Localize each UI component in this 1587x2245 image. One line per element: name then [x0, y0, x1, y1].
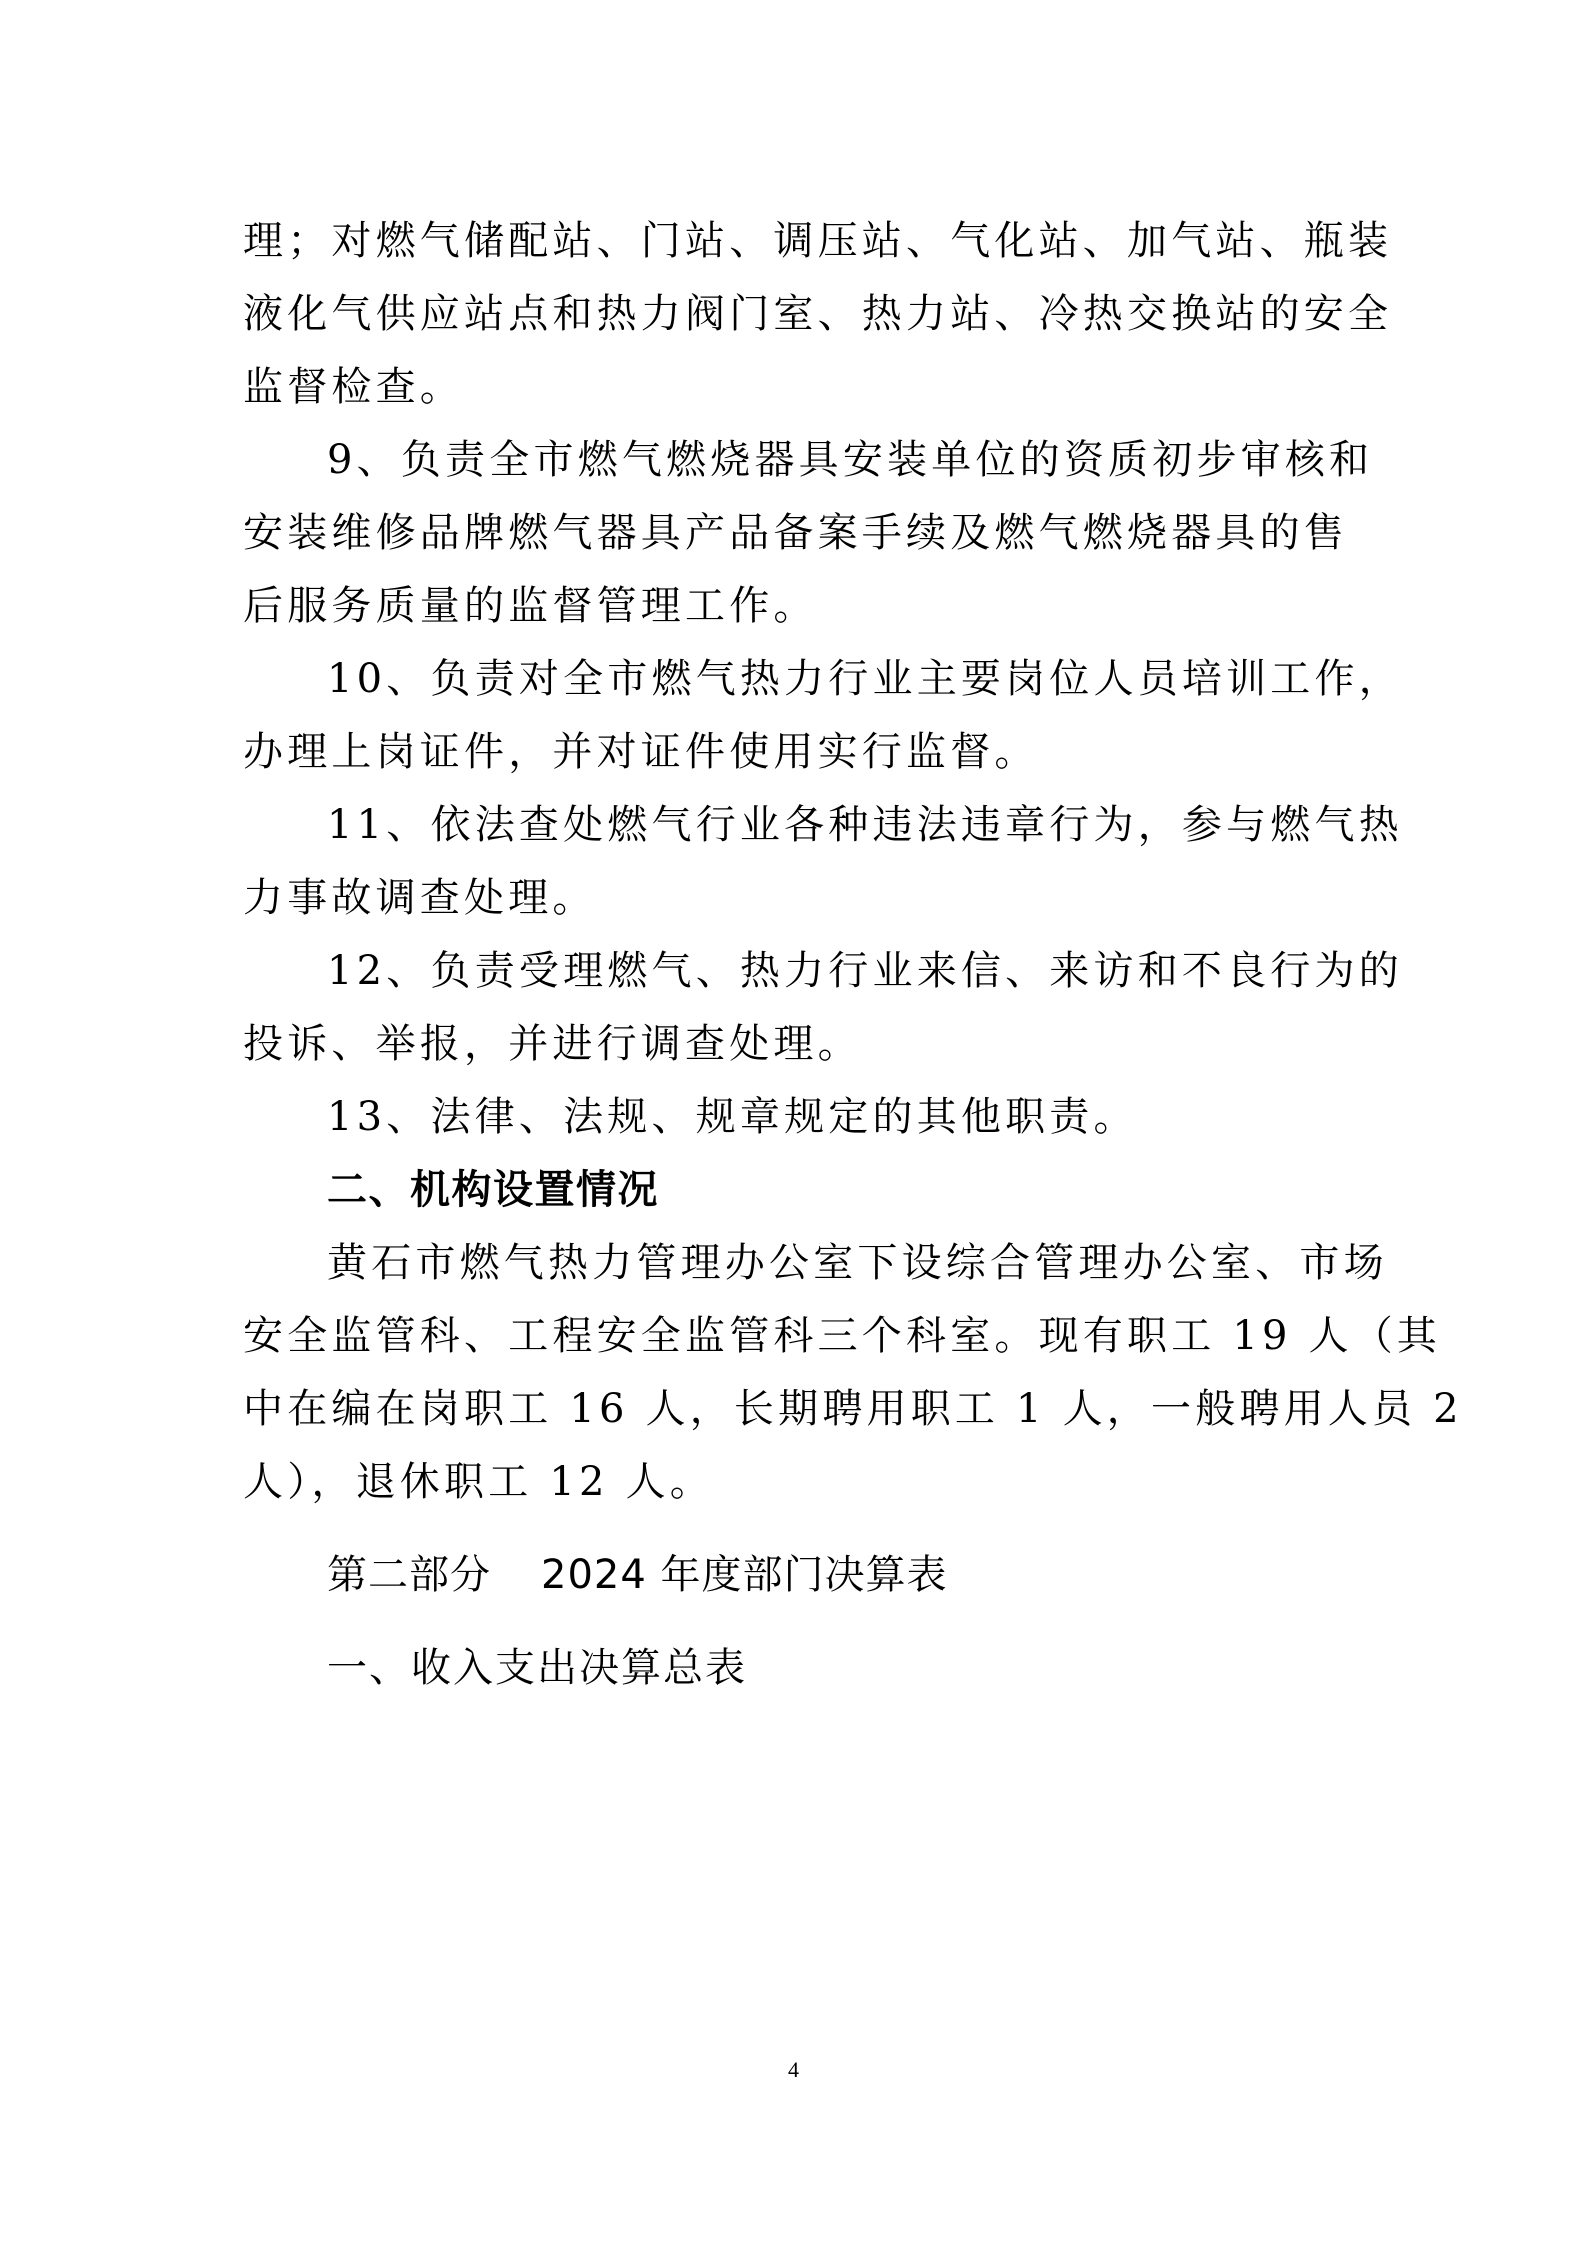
section-heading: 二、机构设置情况	[243, 1154, 1358, 1227]
duty-item-10: 10、负责对全市燃气热力行业主要岗位人员培训工作， 办理上岗证件，并对证件使用实…	[243, 643, 1358, 789]
text-line: 液化气供应站点和热力阀门室、热力站、冷热交换站的安全	[243, 278, 1358, 351]
text-line: 9、负责全市燃气燃烧器具安装单位的资质初步审核和	[243, 424, 1358, 497]
text-line: 力事故调查处理。	[243, 862, 1358, 935]
text-line: 安装维修品牌燃气器具产品备案手续及燃气燃烧器具的售	[243, 497, 1358, 570]
duty-item-13: 13、法律、法规、规章规定的其他职责。	[243, 1081, 1358, 1154]
text-line: 办理上岗证件，并对证件使用实行监督。	[243, 716, 1358, 789]
text-line: 投诉、举报，并进行调查处理。	[243, 1008, 1358, 1081]
page-number: 4	[0, 2057, 1587, 2083]
text-line: 监督检查。	[243, 351, 1358, 424]
part-title: 第二部分2024 年度部门决算表	[243, 1539, 1358, 1612]
text-line: 10、负责对全市燃气热力行业主要岗位人员培训工作，	[243, 643, 1358, 716]
duty-item-9: 9、负责全市燃气燃烧器具安装单位的资质初步审核和 安装维修品牌燃气器具产品备案手…	[243, 424, 1358, 643]
text-line: 12、负责受理燃气、热力行业来信、来访和不良行为的	[243, 935, 1358, 1008]
section-organization: 二、机构设置情况 黄石市燃气热力管理办公室下设综合管理办公室、市场 安全监管科、…	[243, 1154, 1358, 1519]
text-line: 人），退休职工 12 人。	[243, 1446, 1358, 1519]
document-body: 理；对燃气储配站、门站、调压站、气化站、加气站、瓶装 液化气供应站点和热力阀门室…	[243, 205, 1358, 1705]
text-line: 11、依法查处燃气行业各种违法违章行为，参与燃气热	[243, 789, 1358, 862]
text-line: 理；对燃气储配站、门站、调压站、气化站、加气站、瓶装	[243, 205, 1358, 278]
document-page: 理；对燃气储配站、门站、调压站、气化站、加气站、瓶装 液化气供应站点和热力阀门室…	[0, 0, 1587, 2245]
part-label: 第二部分	[327, 1552, 491, 1598]
text-line: 后服务质量的监督管理工作。	[243, 570, 1358, 643]
text-line: 中在编在岗职工 16 人，长期聘用职工 1 人，一般聘用人员 2	[243, 1373, 1358, 1446]
text-line: 13、法律、法规、规章规定的其他职责。	[243, 1081, 1358, 1154]
duty-item-11: 11、依法查处燃气行业各种违法违章行为，参与燃气热 力事故调查处理。	[243, 789, 1358, 935]
part-heading: 2024 年度部门决算表	[541, 1552, 948, 1598]
duty-item-12: 12、负责受理燃气、热力行业来信、来访和不良行为的 投诉、举报，并进行调查处理。	[243, 935, 1358, 1081]
table-title: 一、收入支出决算总表	[243, 1632, 1358, 1705]
text-line: 安全监管科、工程安全监管科三个科室。现有职工 19 人（其	[243, 1300, 1358, 1373]
text-line: 黄石市燃气热力管理办公室下设综合管理办公室、市场	[243, 1227, 1358, 1300]
